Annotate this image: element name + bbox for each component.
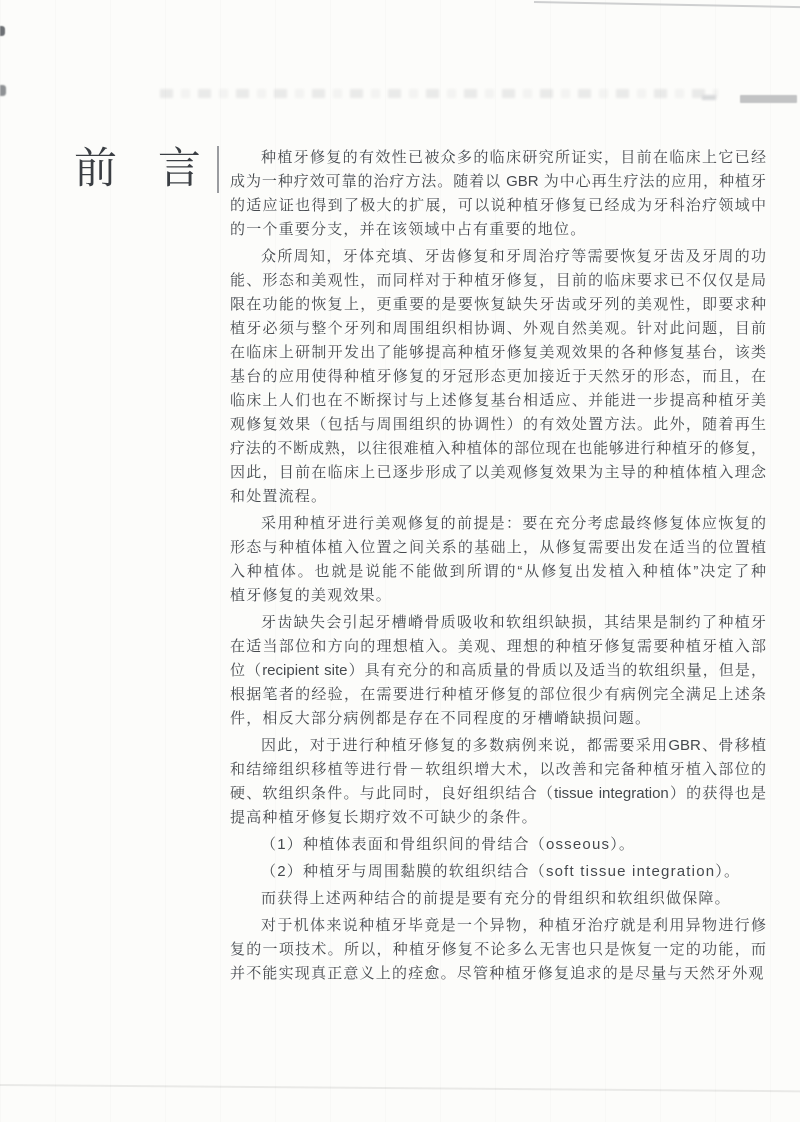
text-line: 位（recipient site）具有充分的和高质量的骨质以及适当的软组织量，但… xyxy=(230,659,766,683)
text-line: 件，相反大部分病例都是存在不同程度的牙槽嵴缺损问题。 xyxy=(230,707,766,731)
paragraph: （2）种植牙与周围黏膜的软组织结合（soft tissue integratio… xyxy=(230,860,766,884)
paragraph: 牙齿缺失会引起牙槽嵴骨质吸收和软组织缺损，其结果是制约了种植牙在适当部位和方向的… xyxy=(230,611,766,731)
bottom-page-curl-line xyxy=(0,1084,800,1092)
text-line: 基台的应用使得种植牙修复的牙冠形态更加接近于天然牙的形态，而且，在 xyxy=(230,365,766,389)
text-line: 植牙必须与整个牙列和周围组织相协调、外观自然美观。针对此问题，目前 xyxy=(230,317,766,341)
left-edge-mark-1 xyxy=(0,26,5,36)
paragraph: 因此，对于进行种植牙修复的多数病例来说，都需要采用GBR、骨移植和结缔组织移植等… xyxy=(230,734,766,830)
text-line: 临床上人们也在不断探讨与上述修复基台相适应、并能进一步提高种植牙美 xyxy=(230,389,766,413)
bleed-through-text xyxy=(160,89,718,98)
text-line: 观修复效果（包括与周围组织的协调性）的有效处置方法。此外，随着再生 xyxy=(230,413,766,437)
paragraph: 采用种植牙进行美观修复的前提是：要在充分考虑最终修复体应恢复的形态与种植体植入位… xyxy=(230,512,766,608)
text-line: （2）种植牙与周围黏膜的软组织结合（soft tissue integratio… xyxy=(230,860,766,884)
text-line: 成为一种疗效可靠的治疗方法。随着以 GBR 为中心再生疗法的应用，种植牙 xyxy=(230,170,766,194)
text-line: 和结缔组织移植等进行骨－软组织增大术，以改善和完备种植牙植入部位的 xyxy=(230,758,766,782)
text-column: 种植牙修复的有效性已被众多的临床研究所证实，目前在临床上它已经成为一种疗效可靠的… xyxy=(230,146,766,986)
text-line: 提高种植牙修复长期疗效不可缺少的条件。 xyxy=(230,806,766,830)
text-line: 入种植体。也就是说能不能做到所谓的“从修复出发植入种植体”决定了种 xyxy=(230,560,766,584)
paragraph: 众所周知，牙体充填、牙齿修复和牙周治疗等需要恢复牙齿及牙周的功能、形态和美观性，… xyxy=(230,245,766,509)
bleed-through-strip xyxy=(740,95,797,103)
page: { "colors": { "page_bg": "#fcfcfa", "tex… xyxy=(0,0,800,1122)
text-line: 限在功能的恢复上，更重要的是要恢复缺失牙齿或牙列的美观性，即要求种 xyxy=(230,293,766,317)
text-line: 的一个重要分支，并在该领域中占有重要的地位。 xyxy=(230,218,766,242)
paragraph: 对于机体来说种植牙毕竟是一个异物，种植牙治疗就是利用异物进行修复的一项技术。所以… xyxy=(230,914,766,986)
page-edge-line xyxy=(534,1,800,8)
text-line: 种植牙修复的有效性已被众多的临床研究所证实，目前在临床上它已经 xyxy=(230,146,766,170)
text-line: 并不能实现真正意义上的痊愈。尽管种植牙修复追求的是尽量与天然牙外观 xyxy=(230,962,766,986)
left-edge-mark-2 xyxy=(0,85,6,96)
text-line: 因此，对于进行种植牙修复的多数病例来说，都需要采用GBR、骨移植 xyxy=(230,734,766,758)
text-line: 形态与种植体植入位置之间关系的基础上，从修复需要出发在适当的位置植 xyxy=(230,536,766,560)
text-line: 在适当部位和方向的理想植入。美观、理想的种植牙修复需要种植牙植入部 xyxy=(230,635,766,659)
text-line: 植牙修复的美观效果。 xyxy=(230,584,766,608)
text-line: 的适应证也得到了极大的扩展，可以说种植牙修复已经成为牙科治疗领域中 xyxy=(230,194,766,218)
text-line: 能、形态和美观性，而同样对于种植牙修复，目前的临床要求已不仅仅是局 xyxy=(230,269,766,293)
text-line: 疗法的不断成熟，以往很难植入种植体的部位现在也能够进行种植牙的修复， xyxy=(230,437,766,461)
text-line: （1）种植体表面和骨组织间的骨结合（osseous）。 xyxy=(230,833,766,857)
text-line: 众所周知，牙体充填、牙齿修复和牙周治疗等需要恢复牙齿及牙周的功 xyxy=(230,245,766,269)
text-line: 和处置流程。 xyxy=(230,485,766,509)
text-line: 而获得上述两种结合的前提是要有充分的骨组织和软组织做保障。 xyxy=(230,887,766,911)
text-line: 因此，目前在临床上已逐步形成了以美观修复效果为主导的种植体植入理念 xyxy=(230,461,766,485)
text-line: 牙齿缺失会引起牙槽嵴骨质吸收和软组织缺损，其结果是制约了种植牙 xyxy=(230,611,766,635)
text-line: 复的一项技术。所以，种植牙修复不论多么无害也只是恢复一定的功能，而 xyxy=(230,938,766,962)
text-line: 硬、软组织条件。与此同时，良好组织结合（tissue integration）的… xyxy=(230,782,766,806)
paragraph: 种植牙修复的有效性已被众多的临床研究所证实，目前在临床上它已经成为一种疗效可靠的… xyxy=(230,146,766,242)
bleed-through-smudge xyxy=(702,95,716,100)
text-line: 采用种植牙进行美观修复的前提是：要在充分考虑最终修复体应恢复的 xyxy=(230,512,766,536)
title-divider xyxy=(217,146,219,193)
text-line: 根据笔者的经验，在需要进行种植牙修复的部位很少有病例完全满足上述条 xyxy=(230,683,766,707)
text-line: 对于机体来说种植牙毕竟是一个异物，种植牙治疗就是利用异物进行修 xyxy=(230,914,766,938)
text-line: 在临床上研制开发出了能够提高种植牙修复美观效果的各种修复基台，该类 xyxy=(230,341,766,365)
paragraph: （1）种植体表面和骨组织间的骨结合（osseous）。 xyxy=(230,833,766,857)
paragraph: 而获得上述两种结合的前提是要有充分的骨组织和软组织做保障。 xyxy=(230,887,766,911)
